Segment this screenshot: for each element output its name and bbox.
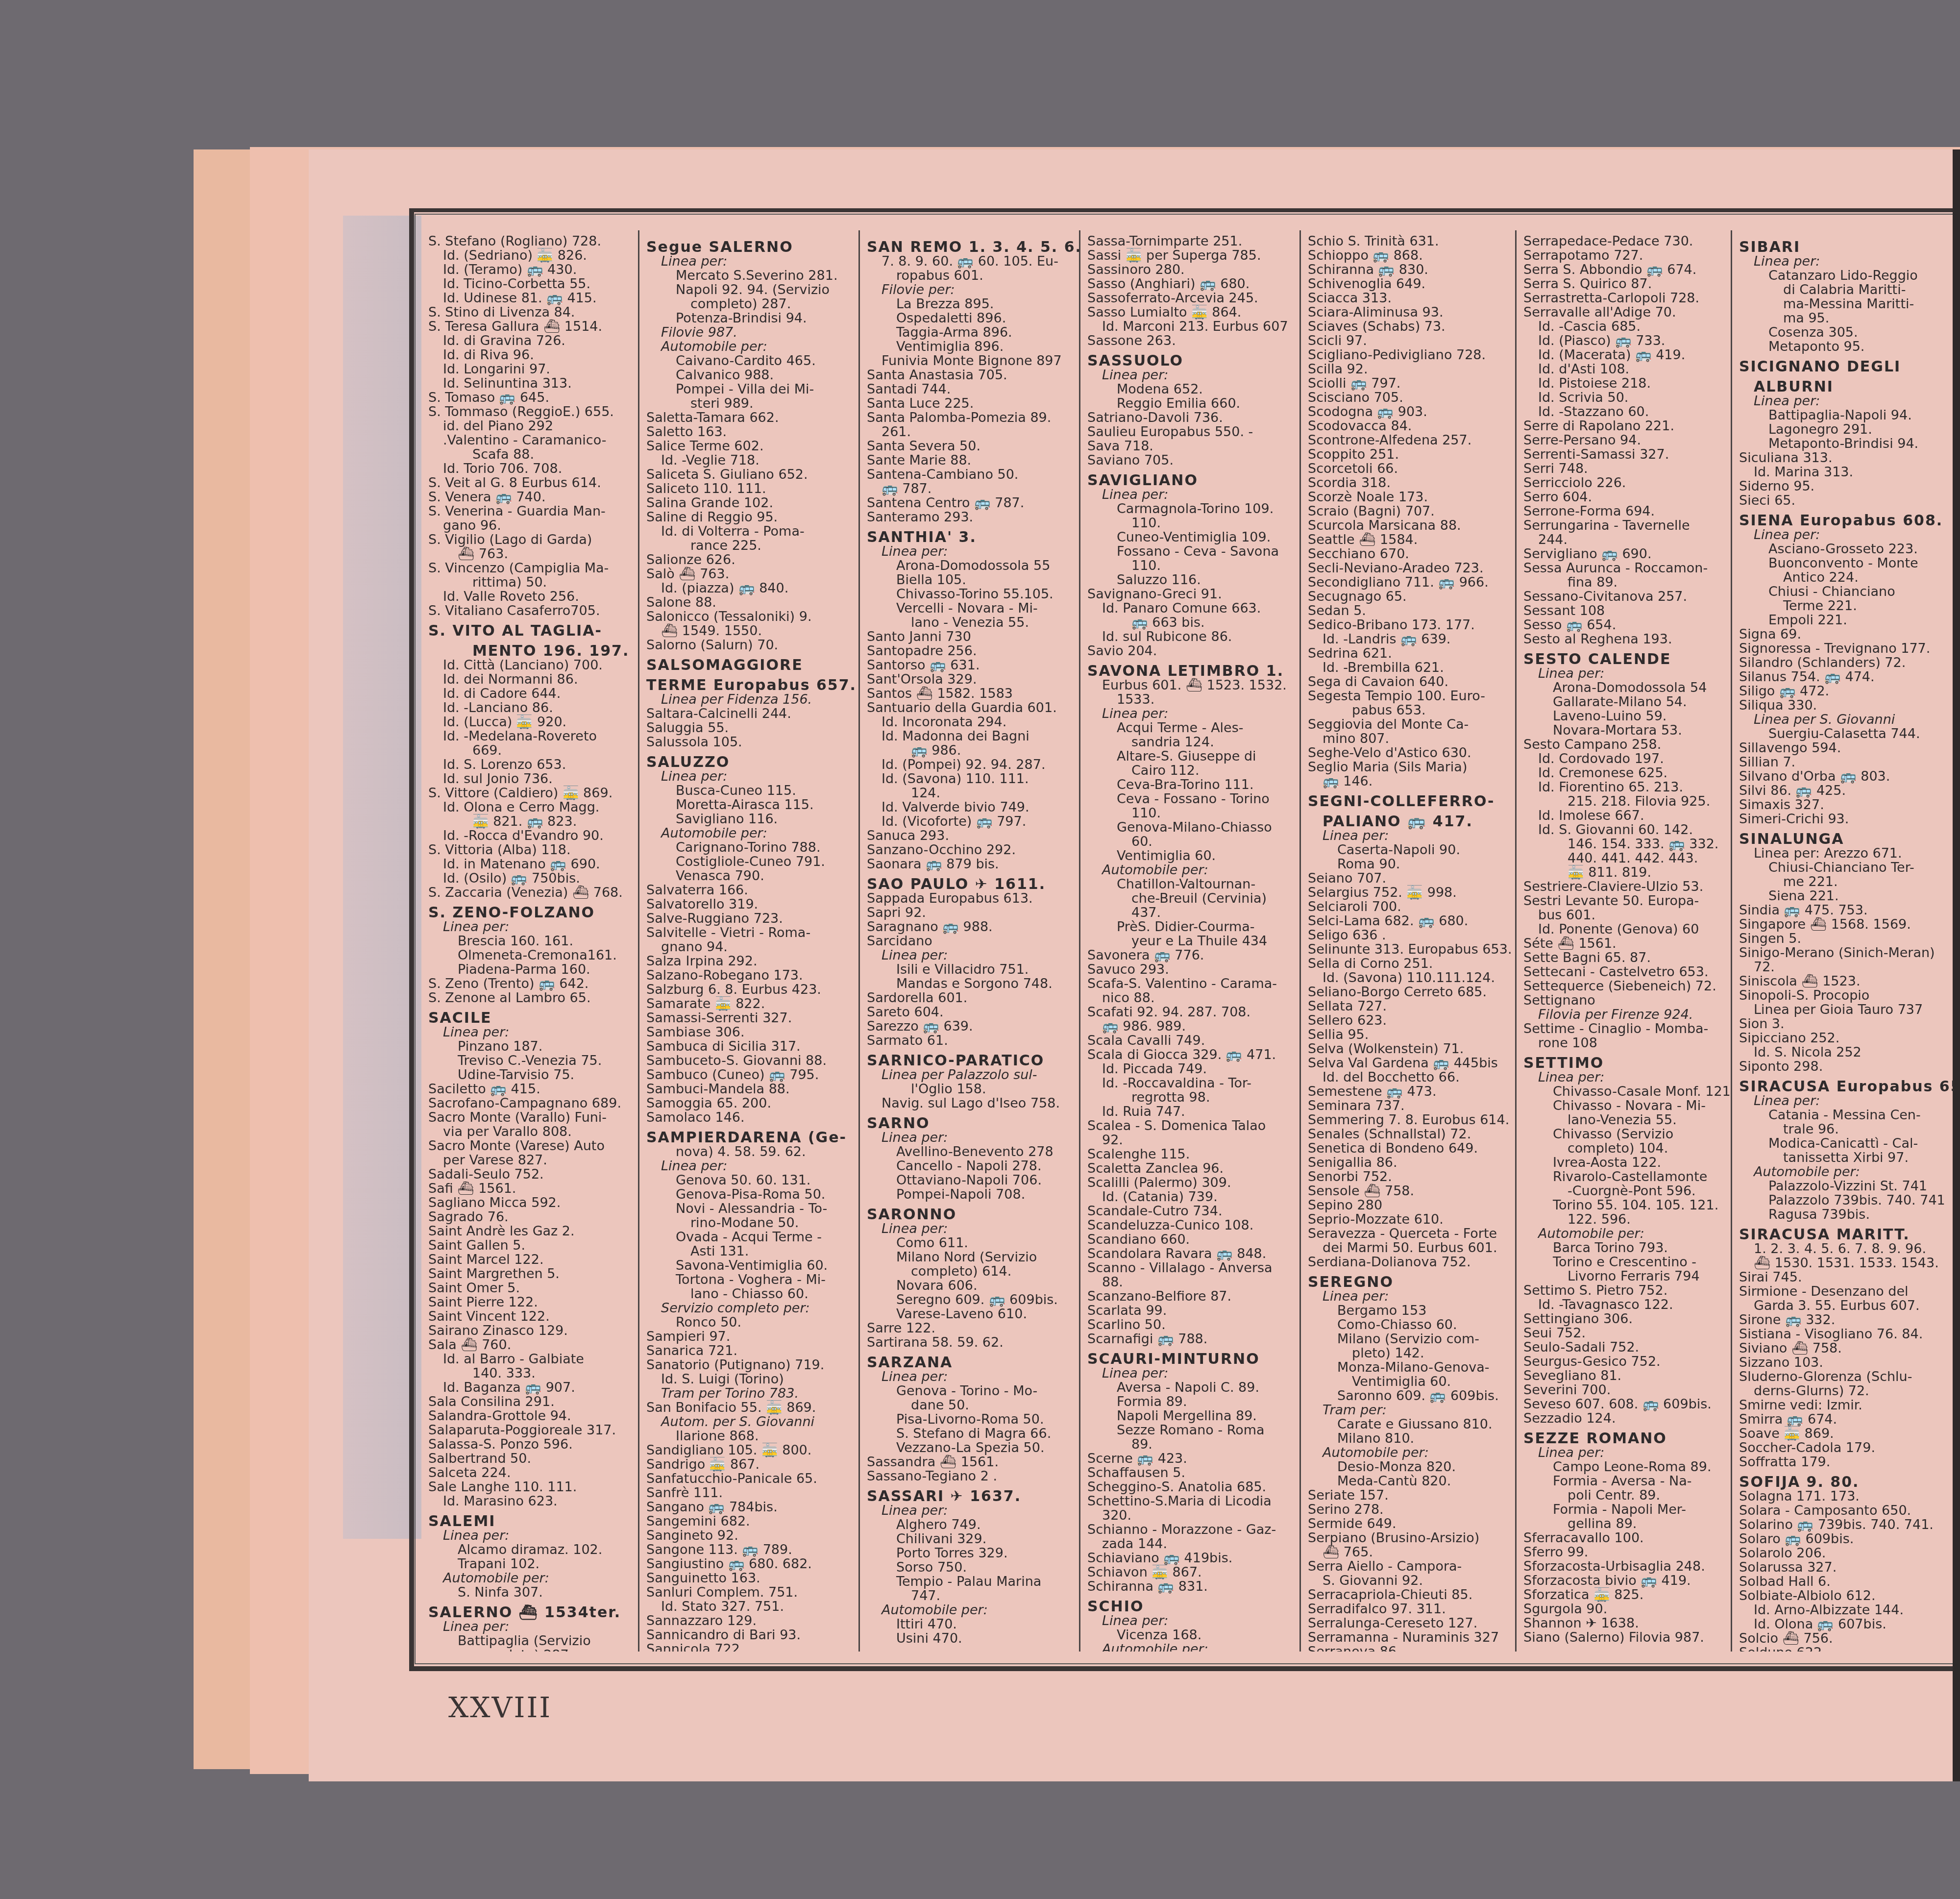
index-entry: Scalea - S. Domenica Talao [1087, 1119, 1295, 1133]
index-entry: Sartirana 58. 59. 62. [867, 1335, 1074, 1350]
index-entry: Santadi 744. [867, 382, 1074, 396]
index-entry: 🚌 146. [1308, 774, 1510, 789]
index-entry: Olmeneta-Cremona161. [428, 948, 633, 962]
index-entry: Settingiano 306. [1523, 1312, 1726, 1326]
index-heading: SASSARI ✈ 1637. [867, 1489, 1074, 1504]
index-entry: Salbertrand 50. [428, 1452, 633, 1466]
index-entry: me 221. [1739, 875, 1950, 889]
index-entry: Solarino 🚌 739bis. 740. 741. [1739, 1518, 1950, 1532]
index-entry: Id. -Roccavaldina - Tor- [1087, 1076, 1295, 1090]
index-entry: Saluggia 55. [646, 721, 854, 735]
index-entry: S. Tomaso 🚌 645. [428, 391, 633, 405]
index-entry: Seulo-Sadali 752. [1523, 1340, 1726, 1355]
index-entry: Id. Panaro Comune 663. [1087, 601, 1295, 616]
index-entry: Cancello - Napoli 278. [867, 1159, 1074, 1173]
index-entry: Sforzacosta-Urbisaglia 248. [1523, 1559, 1726, 1574]
index-entry: S. Giovanni 92. [1308, 1574, 1510, 1588]
index-entry: Simaxis 327. [1739, 798, 1950, 812]
index-entry: Salò ⛴ 763. [646, 567, 854, 581]
index-entry: Sforzacosta bivio 🚌 419. [1523, 1574, 1726, 1588]
index-entry: Sagliano Micca 592. [428, 1196, 633, 1210]
index-entry: Tortona - Voghera - Mi- [646, 1273, 854, 1287]
index-entry: Id. -Landris 🚌 639. [1308, 632, 1510, 646]
index-heading: TERME Europabus 657. [646, 678, 854, 692]
index-entry: Id. Arno-Albizzate 144. [1739, 1603, 1950, 1617]
index-entry: Savignano-Greci 91. [1087, 587, 1295, 601]
index-entry: Autom. per S. Giovanni [646, 1415, 854, 1429]
index-entry: Automobile per: [1087, 863, 1295, 877]
index-entry: 215. 218. Filovia 925. [1523, 794, 1726, 809]
index-entry: Id. Marconi 213. Eurbus 607 [1087, 320, 1295, 334]
index-entry: Sagrado 76. [428, 1210, 633, 1224]
index-entry: Catania - Messina Cen- [1739, 1108, 1950, 1122]
index-entry: Scorcetoli 66. [1308, 462, 1510, 476]
index-entry: Navig. sul Lago d'Iseo 758. [867, 1096, 1074, 1110]
index-entry: Scala Cavalli 749. [1087, 1034, 1295, 1048]
index-entry: Savonera 🚌 776. [1087, 948, 1295, 962]
index-entry: Linea per: [1739, 394, 1950, 408]
index-entry: Solbiate-Albiolo 612. [1739, 1589, 1950, 1603]
index-entry: 669. [428, 743, 633, 758]
index-entry: Salandra-Grottole 94. [428, 1409, 633, 1423]
index-entry: lano - Chiasso 60. [646, 1287, 854, 1301]
index-heading: SARZANA [867, 1356, 1074, 1370]
index-entry: 244. [1523, 533, 1726, 547]
index-entry: Sezzadio 124. [1523, 1411, 1726, 1426]
index-entry: Sambuco (Cuneo) 🚌 795. [646, 1068, 854, 1082]
index-entry: Salvitelle - Vietri - Roma- [646, 926, 854, 940]
index-entry: Novara-Mortara 53. [1523, 723, 1726, 738]
index-entry: Roma 90. [1308, 857, 1510, 871]
index-entry: Soave 🚋 869. [1739, 1427, 1950, 1441]
index-entry: Salone 88. [646, 595, 854, 610]
index-entry: Chilivani 329. [867, 1532, 1074, 1546]
index-entry: Solagna 171. 173. [1739, 1489, 1950, 1504]
index-entry: Seriate 157. [1308, 1488, 1510, 1503]
index-entry: Chatillon-Valtournan- [1087, 877, 1295, 891]
index-entry: Filovie per: [867, 283, 1074, 297]
index-entry: Sacro Monte (Varallo) Funi- [428, 1110, 633, 1125]
index-entry: Metaponto-Brindisi 94. [1739, 437, 1950, 451]
index-entry: Arona-Domodossola 54 [1523, 681, 1726, 695]
index-entry: Linea per: [646, 769, 854, 784]
index-entry: Sappada Europabus 613. [867, 891, 1074, 906]
index-entry: Semmering 7. 8. Eurobus 614. [1308, 1113, 1510, 1127]
index-entry: Gallarate-Milano 54. [1523, 695, 1726, 709]
index-entry: Scorzè Noale 173. [1308, 490, 1510, 504]
index-entry: Barca Torino 793. [1523, 1241, 1726, 1255]
index-entry: 🚋 821. 🚌 823. [428, 814, 633, 829]
index-entry: trale 96. [1739, 1122, 1950, 1136]
index-entry: Sanluri Complem. 751. [646, 1585, 854, 1600]
index-entry: Genova - Torino - Mo- [867, 1384, 1074, 1398]
index-entry: Id. Baganza 🚌 907. [428, 1381, 633, 1395]
index-entry: ropabus 601. [867, 269, 1074, 283]
index-entry: Monza-Milano-Genova- [1308, 1360, 1510, 1375]
index-entry: gellina 89. [1523, 1517, 1726, 1531]
index-entry: Schiranna 🚌 830. [1308, 263, 1510, 277]
index-entry: Id. di Volterra - Poma- [646, 524, 854, 539]
index-entry: Laveno-Luino 59. [1523, 709, 1726, 723]
index-entry: Servigliano 🚌 690. [1523, 547, 1726, 561]
index-entry: Sassi 🚋 per Superga 785. [1087, 248, 1295, 263]
index-entry: Samolaco 146. [646, 1110, 854, 1125]
index-entry: Avellino-Benevento 278 [867, 1145, 1074, 1159]
index-entry: Scandeluzza-Cunico 108. [1087, 1218, 1295, 1233]
index-entry: Salionze 626. [646, 553, 854, 567]
index-entry: Sion 3. [1739, 1017, 1950, 1031]
index-entry: Sestriere-Claviere-Ulzio 53. [1523, 880, 1726, 894]
index-entry: PrèS. Didier-Courma- [1087, 920, 1295, 934]
index-entry: Sant'Orsola 329. [867, 672, 1074, 687]
index-entry: Scigliano-Pedivigliano 728. [1308, 348, 1510, 362]
index-entry: tanissetta Xirbi 97. [1739, 1151, 1950, 1165]
index-entry: derns-Glurns) 72. [1739, 1384, 1950, 1398]
index-entry: Secugnago 65. [1308, 590, 1510, 604]
index-entry: Sale Langhe 110. 111. [428, 1480, 633, 1494]
index-entry: Sillavengo 594. [1739, 741, 1950, 755]
index-entry: Signoressa - Trevignano 177. [1739, 641, 1950, 656]
index-entry: Linea per: [1087, 488, 1295, 502]
index-entry: 88. [1087, 1275, 1295, 1289]
index-entry: Chiusi-Chianciano Ter- [1739, 861, 1950, 875]
index-entry: fina 89. [1523, 575, 1726, 590]
index-heading: SAO PAULO ✈ 1611. [867, 877, 1074, 891]
index-entry: Cairo 112. [1087, 764, 1295, 778]
index-entry: Saint Omer 5. [428, 1281, 633, 1295]
index-entry: Sgurgola 90. [1523, 1602, 1726, 1616]
index-entry: Senetica di Bondeno 649. [1308, 1141, 1510, 1156]
index-entry: Linea per Fidenza 156. [646, 692, 854, 707]
index-entry: Genova 50. 60. 131. [646, 1173, 854, 1187]
index-entry: Id. Cordovado 197. [1523, 752, 1726, 766]
index-heading: SARNICO-PARATICO [867, 1054, 1074, 1068]
index-heading: SCHIO [1087, 1600, 1295, 1614]
index-column-4: Sassa-Tornimparte 251.Sassi 🚋 per Superg… [1080, 230, 1301, 1652]
index-heading: SCAURI-MINTURNO [1087, 1352, 1295, 1366]
index-entry: Sedan 5. [1308, 604, 1510, 618]
index-entry: 1. 2. 3. 4. 5. 6. 7. 8. 9. 96. [1739, 1242, 1950, 1256]
index-entry: 261. [867, 425, 1074, 439]
index-entry: Sciaves (Schabs) 73. [1308, 320, 1510, 334]
index-entry: Id. (Sedriano) 🚋 826. [428, 248, 633, 263]
index-entry: Automobile per: [867, 1603, 1074, 1617]
index-entry: Linea per: [646, 254, 854, 269]
index-entry: 440. 441. 442. 443. [1523, 851, 1726, 865]
index-entry: Lagonegro 291. [1739, 422, 1950, 437]
index-entry: Id. in Matenano 🚌 690. [428, 857, 633, 871]
index-entry: Sessant 108 [1523, 604, 1726, 618]
index-entry: Siderno 95. [1739, 479, 1950, 493]
index-entry: Carate e Giussano 810. [1308, 1417, 1510, 1431]
index-entry: Samoggia 65. 200. [646, 1096, 854, 1110]
index-entry: Sforzatica 🚋 825. [1523, 1588, 1726, 1602]
index-entry: Savigliano 116. [646, 812, 854, 826]
index-entry: Funivia Monte Bignone 897 [867, 354, 1074, 368]
index-entry: Id. Madonna dei Bagni [867, 729, 1074, 743]
index-entry: Santa Luce 225. [867, 396, 1074, 411]
index-entry: Linea per: [1523, 1070, 1726, 1085]
index-entry: Saliceto 110. 111. [646, 482, 854, 496]
index-entry: Automobile per: [1739, 1165, 1950, 1179]
index-entry: Scandolara Ravara 🚌 848. [1087, 1247, 1295, 1261]
index-entry: nova) 4. 58. 59. 62. [646, 1145, 854, 1159]
index-entry: Santa Severa 50. [867, 439, 1074, 453]
index-entry: lano-Venezia 55. [1523, 1113, 1726, 1127]
index-entry: Seravezza - Querceta - Forte [1308, 1227, 1510, 1241]
index-entry: S. Ninfa 307. [428, 1585, 633, 1600]
index-entry: Battipaglia (Servizio [428, 1634, 633, 1648]
index-heading: SIBARI [1739, 240, 1950, 254]
index-entry: ⛴ 1549. 1550. [646, 624, 854, 638]
index-entry: Sacrofano-Campagnano 689. [428, 1096, 633, 1110]
index-entry: Scafati 92. 94. 287. 708. [1087, 1005, 1295, 1019]
index-entry: Desio-Monza 820. [1308, 1460, 1510, 1474]
index-entry: Selci-Lama 682. 🚌 680. [1308, 914, 1510, 928]
index-entry: Formia - Aversa - Na- [1523, 1474, 1726, 1488]
index-entry: Sanfrè 111. [646, 1486, 854, 1500]
index-entry: Napoli 92. 94. (Servizio [646, 283, 854, 297]
index-heading: SOFIJA 9. 80. [1739, 1475, 1950, 1489]
index-entry: Scurcola Marsicana 88. [1308, 518, 1510, 533]
index-entry: Samassi-Serrenti 327. [646, 1011, 854, 1025]
index-entry: Sadali-Seulo 752. [428, 1167, 633, 1182]
index-entry: Linea per: [1308, 1289, 1510, 1304]
index-entry: Schettino-S.Maria di Licodia [1087, 1494, 1295, 1508]
index-entry: Palazzolo-Vizzini St. 741 [1739, 1179, 1950, 1193]
index-entry: Filovia per Firenze 924. [1523, 1008, 1726, 1022]
index-entry: Ventimiglia 60. [1087, 849, 1295, 863]
index-entry: Scarlino 50. [1087, 1318, 1295, 1332]
index-entry: Torino e Crescentino - [1523, 1255, 1726, 1269]
index-entry: l'Oglio 158. [867, 1082, 1074, 1096]
index-entry: Salzano-Robegano 173. [646, 968, 854, 983]
index-entry: Seiano 707. [1308, 871, 1510, 886]
index-entry: Siliqua 330. [1739, 698, 1950, 713]
index-entry: Seui 752. [1523, 1326, 1726, 1340]
index-entry: Sassa-Tornimparte 251. [1087, 234, 1295, 248]
index-entry: Sirmione - Desenzano del [1739, 1284, 1950, 1299]
index-entry: Scraio (Bagni) 707. [1308, 504, 1510, 518]
index-heading: SEZZE ROMANO [1523, 1431, 1726, 1446]
index-entry: Sanarica 721. [646, 1344, 854, 1358]
index-entry: dei Marmi 50. Eurbus 601. [1308, 1241, 1510, 1255]
index-entry: -Cuorgnè-Pont 596. [1523, 1184, 1726, 1198]
index-entry: Id. Pistoiese 218. [1523, 376, 1726, 391]
index-entry: rittima) 50. [428, 575, 633, 590]
index-entry: Ivrea-Aosta 122. [1523, 1156, 1726, 1170]
index-entry: Sava 718. [1087, 439, 1295, 453]
index-entry: Serpiano (Brusino-Arsizio) [1308, 1531, 1510, 1545]
index-entry: Sellia 95. [1308, 1028, 1510, 1042]
index-heading: SEREGNO [1308, 1275, 1510, 1289]
index-entry: Linea per Gioia Tauro 737 [1739, 1003, 1950, 1017]
index-entry: Automobile per: [646, 340, 854, 354]
index-entry: rone 108 [1523, 1036, 1726, 1050]
index-entry: Sangiustino 🚌 680. 682. [646, 1557, 854, 1571]
index-entry: S. Zaccaria (Venezia) ⛴ 768. [428, 886, 633, 900]
index-entry: Napoli Mergellina 89. [1087, 1409, 1295, 1423]
index-entry: Id. Ponente (Genova) 60 [1523, 922, 1726, 937]
index-entry: Siculiana 313. [1739, 451, 1950, 465]
index-entry: Solaro 🚌 609bis. [1739, 1532, 1950, 1546]
index-entry: Id. Stato 327. 751. [646, 1600, 854, 1614]
index-entry: Semestene 🚌 473. [1308, 1085, 1510, 1099]
index-entry: Caserta-Napoli 90. [1308, 843, 1510, 857]
index-column-2: Segue SALERNOLinea per:Mercato S.Severin… [639, 230, 860, 1652]
index-entry: Caivano-Cardito 465. [646, 354, 854, 368]
index-entry: Brescia 160. 161. [428, 934, 633, 948]
index-heading: SAMPIERDARENA (Ge- [646, 1131, 854, 1145]
index-entry: Sangemini 682. [646, 1514, 854, 1529]
index-entry: Silanus 754. 🚌 474. [1739, 670, 1950, 684]
index-entry: sandria 124. [1087, 735, 1295, 749]
index-entry: Ceva - Fossano - Torino [1087, 792, 1295, 806]
index-entry: 92. [1087, 1133, 1295, 1147]
index-entry: Linea per: [867, 1222, 1074, 1236]
index-entry: Id. sul Jonio 736. [428, 772, 633, 786]
index-entry: Sillian 7. [1739, 755, 1950, 769]
index-entry: Ventimiglia 60. [1308, 1375, 1510, 1389]
index-entry: Seghe-Velo d'Astico 630. [1308, 746, 1510, 760]
index-entry: Sindia 🚌 475. 753. [1739, 903, 1950, 917]
index-entry: S. Vigilio (Lago di Garda) [428, 533, 633, 547]
index-column-1: S. Stefano (Rogliano) 728.Id. (Sedriano)… [421, 230, 639, 1652]
index-entry: Id. (Osilo) 🚌 750bis. [428, 871, 633, 886]
index-entry: Id. Ruia 747. [1087, 1105, 1295, 1119]
index-entry: 🚌 787. [867, 482, 1074, 496]
index-entry: Treviso C.-Venezia 75. [428, 1054, 633, 1068]
index-entry: Id. Torio 706. 708. [428, 462, 633, 476]
index-entry: Sala ⛴ 760. [428, 1338, 633, 1352]
index-entry: Serrastretta-Carlopoli 728. [1523, 291, 1726, 305]
index-entry: Id. Valverde bivio 749. [867, 800, 1074, 814]
index-entry: Schioppo 🚌 868. [1308, 248, 1510, 263]
index-entry: Automobile per: [1087, 1642, 1295, 1652]
index-entry: Sardorella 601. [867, 991, 1074, 1005]
index-entry: Taggia-Arma 896. [867, 325, 1074, 340]
index-entry: Serrenti-Samassi 327. [1523, 447, 1726, 462]
index-entry: Schivenoglia 649. [1308, 277, 1510, 291]
index-entry: Altare-S. Giuseppe di [1087, 749, 1295, 764]
index-entry: rino-Modane 50. [646, 1216, 854, 1230]
index-entry: Sezze Romano - Roma [1087, 1423, 1295, 1437]
index-heading: SANTHIA' 3. [867, 530, 1074, 544]
index-entry: Id. -Tavagnasco 122. [1523, 1298, 1726, 1312]
index-heading: SETTIMO [1523, 1056, 1726, 1070]
index-entry: Isili e Villacidro 751. [867, 962, 1074, 977]
index-entry: S. Zenone al Lambro 65. [428, 991, 633, 1005]
index-entry: Santopadre 256. [867, 644, 1074, 658]
index-entry: completo) 104. [1523, 1141, 1726, 1156]
index-entry: 72. [1739, 960, 1950, 974]
index-entry: completo) 287. [646, 297, 854, 311]
index-entry: Sanuca 293. [867, 829, 1074, 843]
index-entry: Chivasso - Novara - Mi- [1523, 1099, 1726, 1113]
index-entry: Id. -Brembilla 621. [1308, 661, 1510, 675]
index-entry: Chivasso-Torino 55.105. [867, 587, 1074, 601]
index-entry: Linea per: [1087, 1366, 1295, 1381]
index-entry: Id. -Veglie 718. [646, 453, 854, 468]
index-entry: Salonicco (Tessaloniki) 9. [646, 610, 854, 624]
index-entry: id. del Piano 292 [428, 419, 633, 433]
index-entry: Serravalle all'Adige 70. [1523, 305, 1726, 320]
index-entry: Saronno 609. 🚌 609bis. [1308, 1389, 1510, 1403]
index-entry: Tram per: [1308, 1403, 1510, 1417]
index-entry: 437. [1087, 906, 1295, 920]
index-entry: Serrone-Forma 694. [1523, 504, 1726, 518]
index-entry: 122. 596. [1523, 1212, 1726, 1227]
index-entry: Santos ⛴ 1582. 1583 [867, 687, 1074, 701]
index-entry: Solarolo 206. [1739, 1546, 1950, 1560]
index-entry: Scoppito 251. [1308, 447, 1510, 462]
index-entry: Sareto 604. [867, 1005, 1074, 1019]
index-entry: Settimo S. Pietro 752. [1523, 1283, 1726, 1298]
index-entry: Scodovacca 84. [1308, 419, 1510, 433]
index-entry: Linea per: [1739, 254, 1950, 269]
index-entry: Id. (Savona) 110.111.124. [1308, 971, 1510, 985]
index-entry: rance 225. [646, 539, 854, 553]
index-entry: Seregno 609. 🚌 609bis. [867, 1293, 1074, 1307]
index-entry: San Bonifacio 55. 🚋 869. [646, 1401, 854, 1415]
index-entry: 89. [1087, 1437, 1295, 1452]
index-entry: Suergiu-Calasetta 744. [1739, 727, 1950, 741]
index-entry: Saluzzo 116. [1087, 573, 1295, 587]
index-entry: Linea per: [1739, 1094, 1950, 1108]
index-entry: Sarezzo 🚌 639. [867, 1019, 1074, 1034]
index-entry: Siano (Salerno) Filovia 987. [1523, 1630, 1726, 1645]
index-entry: S. Zeno (Trento) 🚌 642. [428, 977, 633, 991]
index-entry: Id. Valle Roveto 256. [428, 590, 633, 604]
index-entry: Saletto 163. [646, 425, 854, 439]
index-entry: Sirai 745. [1739, 1270, 1950, 1284]
index-entry: Serra S. Quirico 87. [1523, 277, 1726, 291]
index-entry: Linea per: [1087, 1614, 1295, 1628]
index-entry: completo) 614. [867, 1264, 1074, 1279]
index-heading: SACILE [428, 1011, 633, 1025]
index-entry: Savuco 293. [1087, 962, 1295, 977]
index-entry: Id. -Cascia 685. [1523, 320, 1726, 334]
index-entry: Sanatorio (Putignano) 719. [646, 1358, 854, 1372]
index-entry: Mandas e Sorgono 748. [867, 977, 1074, 991]
index-entry: Scafa-S. Valentino - Carama- [1087, 977, 1295, 991]
index-entry: Siligo 🚌 472. [1739, 684, 1950, 698]
index-entry: Scisciano 705. [1308, 391, 1510, 405]
index-entry: pleto) 142. [1308, 1346, 1510, 1360]
index-entry: 124. [867, 786, 1074, 800]
index-entry: Id. di Cadore 644. [428, 687, 633, 701]
index-entry: Genova-Milano-Chiasso [1087, 820, 1295, 835]
index-entry: Scalilli (Palermo) 309. [1087, 1176, 1295, 1190]
index-entry: Id. al Barro - Galbiate [428, 1352, 633, 1366]
index-entry: S. Vittoria (Alba) 118. [428, 843, 633, 857]
index-entry: ⛴ 765. [1308, 1545, 1510, 1559]
index-entry: Scheggino-S. Anatolia 685. [1087, 1480, 1295, 1494]
index-entry: Ittiri 470. [867, 1617, 1074, 1631]
index-entry: Serrapotamo 727. [1523, 248, 1726, 263]
index-entry: Linea per: [1087, 368, 1295, 382]
index-entry: Id. (Savona) 110. 111. [867, 772, 1074, 786]
index-entry: Scanzano-Belfiore 87. [1087, 1289, 1295, 1304]
index-entry: Id. (Teramo) 🚌 430. [428, 263, 633, 277]
index-entry: Pisa-Livorno-Roma 50. [867, 1412, 1074, 1427]
index-entry: Linea per: Arezzo 671. [1739, 846, 1950, 861]
index-entry: Schiaviano 🚌 419bis. [1087, 1551, 1295, 1565]
index-entry: di Calabria Maritti- [1739, 283, 1950, 297]
index-entry: Fossano - Ceva - Savona [1087, 544, 1295, 559]
index-entry: Ottaviano-Napoli 706. [867, 1173, 1074, 1187]
index-entry: Id. S. Giovanni 60. 142. [1523, 823, 1726, 837]
